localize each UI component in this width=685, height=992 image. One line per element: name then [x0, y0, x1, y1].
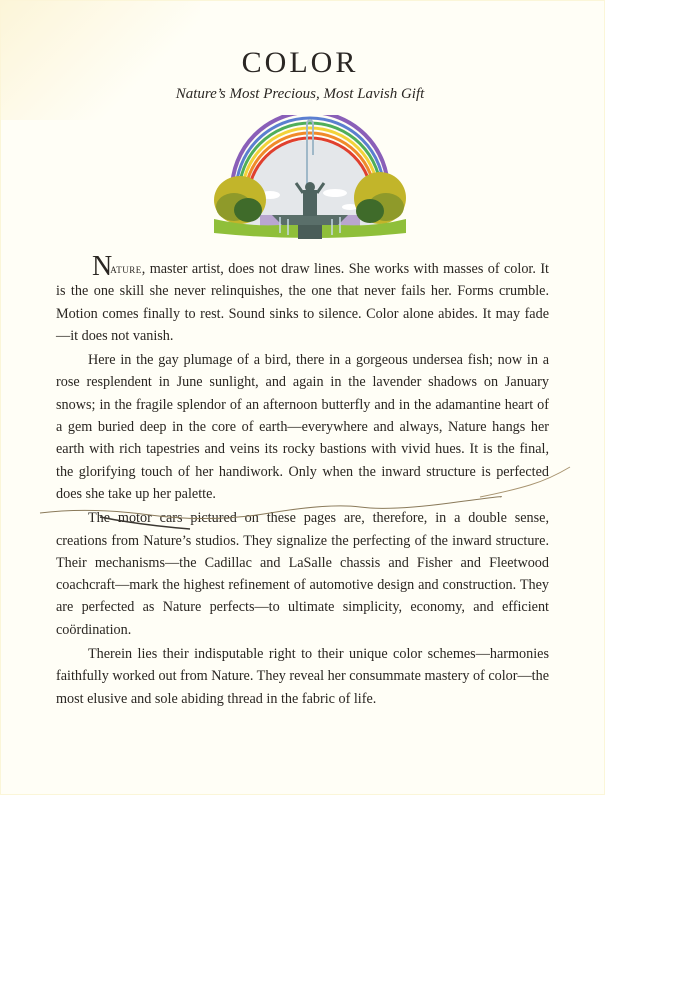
page-title: COLOR: [0, 46, 600, 80]
article-body: Nature, master artist, does not draw lin…: [56, 258, 549, 712]
lead-in: ature: [110, 261, 142, 276]
paragraph-1: Nature, master artist, does not draw lin…: [56, 258, 549, 347]
paragraph-3: The motor cars pictured on these pages a…: [56, 507, 549, 641]
paragraph-4: Therein lies their indisputable right to…: [56, 643, 549, 710]
page-subtitle: Nature’s Most Precious, Most Lavish Gift: [0, 86, 600, 103]
paragraph-2: Here in the gay plumage of a bird, there…: [56, 349, 549, 505]
rainbow-fountain-illustration: [210, 115, 410, 245]
scanned-page: COLOR Nature’s Most Precious, Most Lavis…: [0, 0, 605, 795]
